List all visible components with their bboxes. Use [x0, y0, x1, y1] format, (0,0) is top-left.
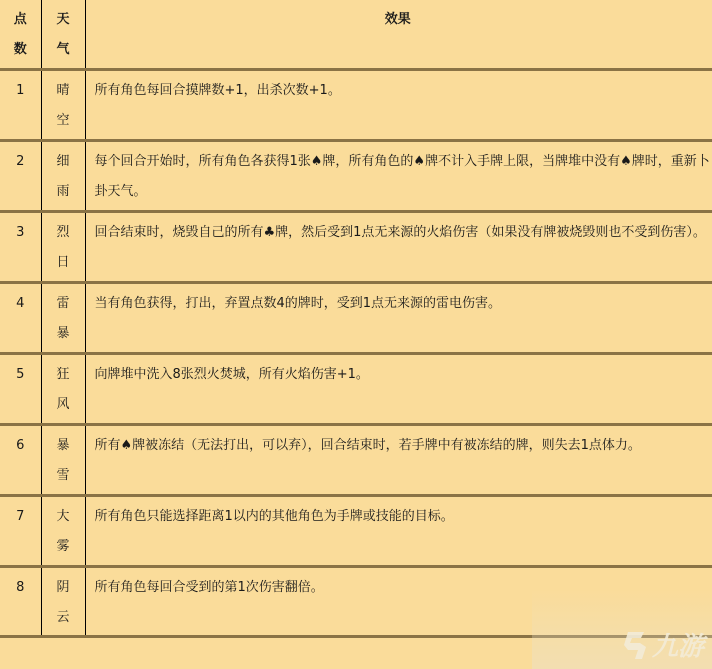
table-row: 8 阴云 所有角色每回合受到的第1次伤害翻倍。 [0, 566, 712, 636]
cell-effect: 向牌堆中洗入8张烈火焚城，所有火焰伤害+1。 [85, 353, 712, 424]
cell-weather: 阴云 [41, 566, 85, 636]
weather-char: 空 [42, 106, 85, 136]
cell-effect: 所有角色每回合摸牌数+1，出杀次数+1。 [85, 69, 712, 140]
cell-points: 1 [0, 69, 41, 140]
weather-char: 日 [42, 248, 85, 278]
table-row: 6 暴雪 所有♠牌被冻结（无法打出，可以弃），回合结束时，若手牌中有被冻结的牌，… [0, 424, 712, 495]
weather-char: 雷 [42, 289, 85, 319]
weather-char: 暴 [42, 431, 85, 461]
header-points-char: 点 [0, 5, 41, 35]
watermark: 九游 [620, 626, 704, 663]
watermark-text: 九游 [652, 626, 704, 663]
weather-char: 晴 [42, 76, 85, 106]
cell-weather: 暴雪 [41, 424, 85, 495]
header-weather-char: 气 [42, 35, 85, 65]
cell-weather: 晴空 [41, 69, 85, 140]
cell-effect: 当有角色获得，打出，弃置点数4的牌时，受到1点无来源的雷电伤害。 [85, 282, 712, 353]
header-weather-char: 天 [42, 5, 85, 35]
weather-char: 大 [42, 502, 85, 532]
table-row: 4 雷暴 当有角色获得，打出，弃置点数4的牌时，受到1点无来源的雷电伤害。 [0, 282, 712, 353]
weather-char: 雨 [42, 177, 85, 207]
cell-weather: 大雾 [41, 495, 85, 566]
header-effect: 效果 [85, 0, 712, 69]
header-weather: 天 气 [41, 0, 85, 69]
cell-points: 5 [0, 353, 41, 424]
weather-char: 雪 [42, 461, 85, 491]
jiuyou-logo-icon [620, 630, 648, 660]
cell-points: 2 [0, 140, 41, 211]
table-row: 5 狂风 向牌堆中洗入8张烈火焚城，所有火焰伤害+1。 [0, 353, 712, 424]
weather-char: 雾 [42, 532, 85, 562]
weather-char: 阴 [42, 573, 85, 603]
cell-weather: 狂风 [41, 353, 85, 424]
cell-weather: 雷暴 [41, 282, 85, 353]
weather-char: 细 [42, 147, 85, 177]
table-row: 3 烈日 回合结束时，烧毁自己的所有♣牌，然后受到1点无来源的火焰伤害（如果没有… [0, 211, 712, 282]
weather-char: 暴 [42, 319, 85, 349]
weather-char: 烈 [42, 218, 85, 248]
cell-weather: 细雨 [41, 140, 85, 211]
table-header-row: 点 数 天 气 效果 [0, 0, 712, 69]
weather-effects-table: 点 数 天 气 效果 1 晴空 所有角色每回合摸牌数+1，出杀次数+1。 2 细… [0, 0, 712, 638]
cell-points: 3 [0, 211, 41, 282]
table-row: 1 晴空 所有角色每回合摸牌数+1，出杀次数+1。 [0, 69, 712, 140]
cell-weather: 烈日 [41, 211, 85, 282]
table-row: 2 细雨 每个回合开始时，所有角色各获得1张♠牌，所有角色的♠牌不计入手牌上限，… [0, 140, 712, 211]
cell-effect: 每个回合开始时，所有角色各获得1张♠牌，所有角色的♠牌不计入手牌上限，当牌堆中没… [85, 140, 712, 211]
weather-char: 狂 [42, 360, 85, 390]
cell-effect: 回合结束时，烧毁自己的所有♣牌，然后受到1点无来源的火焰伤害（如果没有牌被烧毁则… [85, 211, 712, 282]
weather-char: 风 [42, 390, 85, 420]
cell-points: 7 [0, 495, 41, 566]
cell-points: 8 [0, 566, 41, 636]
cell-points: 4 [0, 282, 41, 353]
weather-char: 云 [42, 603, 85, 633]
cell-points: 6 [0, 424, 41, 495]
cell-effect: 所有角色每回合受到的第1次伤害翻倍。 [85, 566, 712, 636]
header-points: 点 数 [0, 0, 41, 69]
cell-effect: 所有♠牌被冻结（无法打出，可以弃），回合结束时，若手牌中有被冻结的牌，则失去1点… [85, 424, 712, 495]
cell-effect: 所有角色只能选择距离1以内的其他角色为手牌或技能的目标。 [85, 495, 712, 566]
header-points-char: 数 [0, 35, 41, 65]
table-row: 7 大雾 所有角色只能选择距离1以内的其他角色为手牌或技能的目标。 [0, 495, 712, 566]
